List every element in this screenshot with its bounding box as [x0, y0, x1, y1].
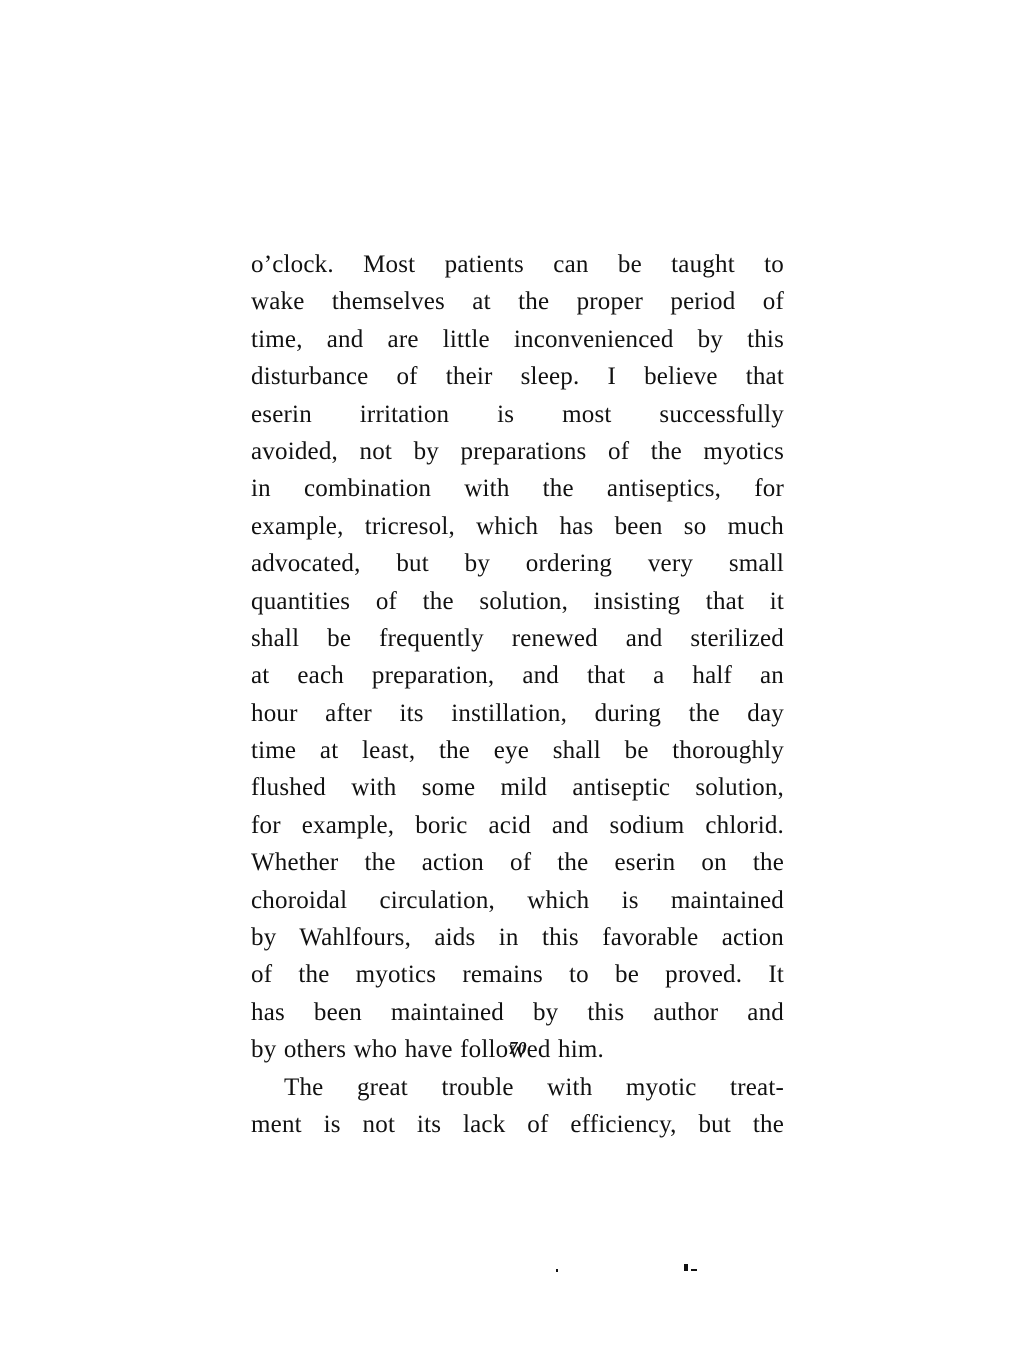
text-line: time at least, the eye shall be thorough… — [251, 732, 784, 769]
text-line: advocated, but by ordering very small — [251, 545, 784, 582]
scan-artifact — [691, 1269, 697, 1271]
text-line: for example, boric acid and sodium chlor… — [251, 807, 784, 844]
text-line: example, tricresol, which has been so mu… — [251, 508, 784, 545]
text-line: disturbance of their sleep. I believe th… — [251, 358, 784, 395]
scan-artifact — [556, 1269, 558, 1272]
text-line: hour after its instillation, during the … — [251, 695, 784, 732]
paragraph-1: o’clock. Most patients can be taught to … — [251, 246, 784, 1069]
text-line: has been maintained by this author and — [251, 994, 784, 1031]
text-line: shall be frequently renewed and steriliz… — [251, 620, 784, 657]
text-line: at each preparation, and that a half an — [251, 657, 784, 694]
text-line: choroidal circulation, which is maintain… — [251, 882, 784, 919]
book-page: o’clock. Most patients can be taught to … — [0, 0, 1011, 1356]
text-line: in combination with the antiseptics, for — [251, 470, 784, 507]
text-line: wake themselves at the proper period of — [251, 283, 784, 320]
body-text: o’clock. Most patients can be taught to … — [251, 246, 784, 1143]
paragraph-2: The great trouble with myotic treat- men… — [251, 1069, 784, 1144]
text-line: Whether the action of the eserin on the — [251, 844, 784, 881]
text-line: by Wahlfours, aids in this favorable act… — [251, 919, 784, 956]
text-line: o’clock. Most patients can be taught to — [251, 246, 784, 283]
text-line: time, and are little inconvenienced by t… — [251, 321, 784, 358]
page-number: 70 — [0, 1038, 1011, 1059]
text-line: quantities of the solution, insisting th… — [251, 583, 784, 620]
text-line: eserin irritation is most successfully — [251, 396, 784, 433]
text-line: flushed with some mild antiseptic soluti… — [251, 769, 784, 806]
scan-artifact — [684, 1264, 688, 1271]
text-line: of the myotics remains to be proved. It — [251, 956, 784, 993]
text-line: avoided, not by preparations of the myot… — [251, 433, 784, 470]
text-line: ment is not its lack of efficiency, but … — [251, 1106, 784, 1143]
text-line: The great trouble with myotic treat- — [251, 1069, 784, 1106]
